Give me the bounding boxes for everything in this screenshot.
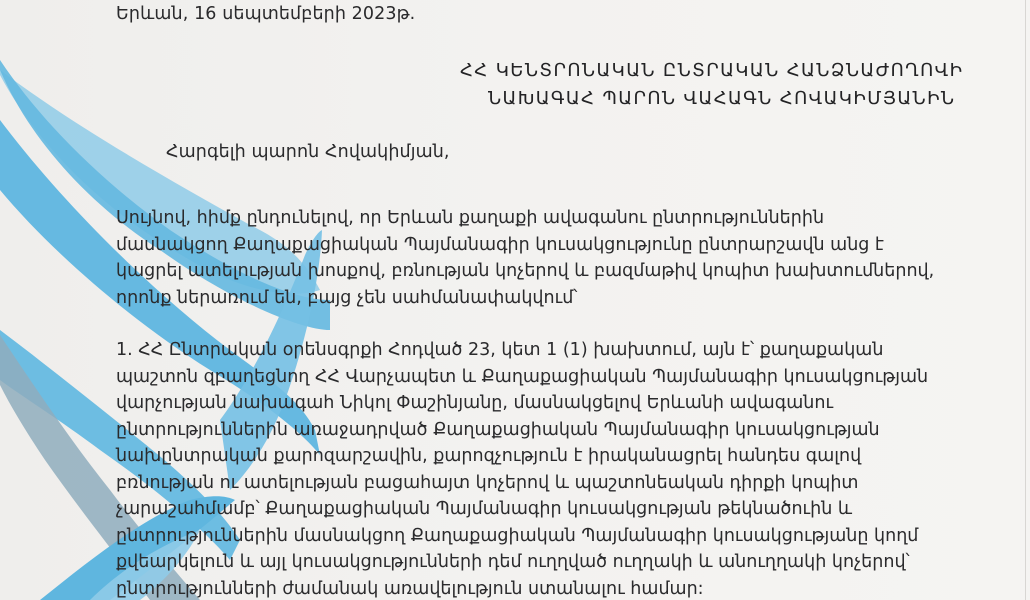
text-line: չարաշահմամբ՝ Քաղաքացիական Պայմանագիր կու… [116,496,928,523]
addressee-block: ՀՀ ԿԵՆՏՐՈՆԱԿԱՆ ԸՆՏՐԱԿԱՆ ՀԱՆՁՆԱԺՈՂՈՎԻ ՆԱԽ… [460,57,963,113]
date-line: Երևան, 16 սեպտեմբերի 2023թ. [116,4,415,24]
text-line: 1. ՀՀ Ընտրական օրենսգրքի Հոդված 23, կետ … [116,337,928,364]
text-line: ընտրությունների ժամանակ առավելություն ստ… [116,576,928,600]
addressee-line: ՀՀ ԿԵՆՏՐՈՆԱԿԱՆ ԸՆՏՐԱԿԱՆ ՀԱՆՁՆԱԺՈՂՈՎԻ [460,57,963,85]
paragraph-intro: Սույնով, հիմք ընդունելով, որ Երևան քաղաք… [116,205,934,311]
letter-page: Երևան, 16 սեպտեմբերի 2023թ. ՀՀ ԿԵՆՏՐՈՆԱԿ… [0,0,1030,600]
text-line: Սույնով, հիմք ընդունելով, որ Երևան քաղաք… [116,205,934,232]
text-line: պաշտոն զբաղեցնող ՀՀ Վարչապետ և Քաղաքացիա… [116,364,928,391]
text-line: վարչության նախագահ Նիկոլ Փաշինյանը, մասն… [116,390,928,417]
salutation: Հարգելի պարոն Հովակիմյան, [166,142,450,162]
text-line: քվեարկելուն և այլ կուսակցությունների դեմ… [116,549,928,576]
page-edge [1025,0,1026,600]
text-line: որոնք ներառում են, բայց չեն սահմանափակվո… [116,285,934,312]
addressee-line: ՆԱԽԱԳԱՀ ՊԱՐՈՆ ՎԱՀԱԳՆ ՀՈՎԱԿԻՄՅԱՆԻՆ [460,85,963,113]
text-line: բռնության ու ատելության բացահայտ կոչերով… [116,470,928,497]
paragraph-item-1: 1. ՀՀ Ընտրական օրենսգրքի Հոդված 23, կետ … [116,337,928,600]
text-line: կացրել ատելության խոսքով, բռնության կոչե… [116,258,934,285]
text-line: ընտրություններին առաջադրված Քաղաքացիական… [116,417,928,444]
text-line: մասնակցող Քաղաքացիական Պայմանագիր կուսակ… [116,232,934,259]
text-line: ընտրություններին մասնակցող Քաղաքացիական … [116,523,928,550]
text-line: նախընտրական քարոզարշավին, քարոզչություն … [116,443,928,470]
